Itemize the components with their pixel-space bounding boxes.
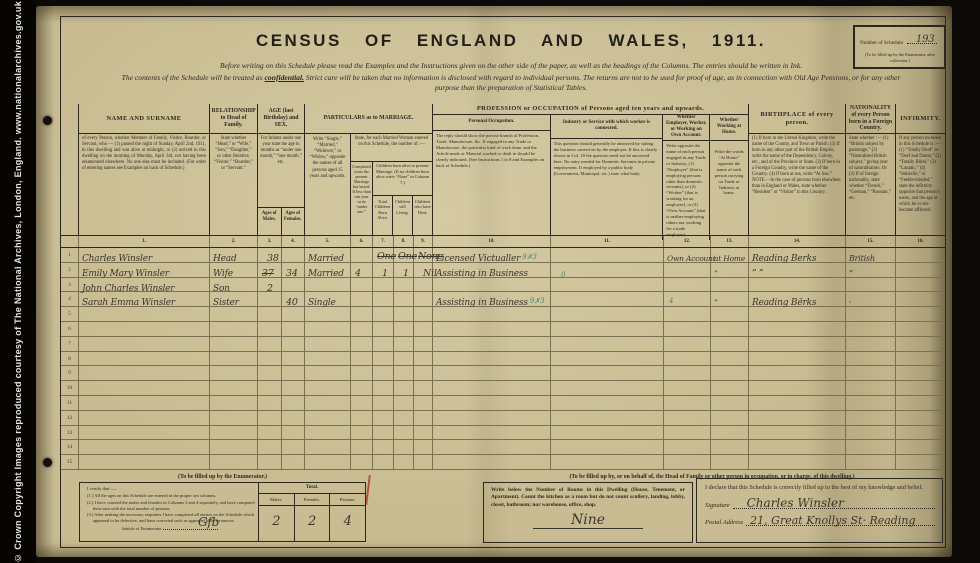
header-birthplace: BIRTHPLACE of every person. (1) If born …: [749, 104, 846, 235]
birthplace-entry: [749, 372, 752, 382]
children-living-label: Children still Living.: [393, 196, 413, 235]
cell-age-females: [282, 366, 305, 380]
instruction-2-pre: The contents of the Schedule will be tre…: [122, 73, 265, 82]
cell-name: [79, 307, 210, 321]
row-number: 3: [61, 278, 79, 292]
totals-title: Total.: [259, 483, 365, 494]
name-entry: [79, 343, 82, 353]
cell-industry: [551, 455, 664, 469]
children-born-entry: 1: [378, 268, 388, 279]
children-born-entry: [378, 371, 382, 382]
cell-occupation: [433, 381, 551, 395]
header-row-number-col: [61, 104, 79, 235]
colnum-9: 9.: [414, 236, 433, 247]
cell-occupation: [433, 366, 551, 380]
relationship-entry: [210, 417, 213, 427]
age-females-entry: [282, 327, 286, 338]
cell-children-died: [414, 352, 433, 366]
at-home-desc: Write the words “At Home” opposite the n…: [710, 141, 748, 241]
age-males-entry: [263, 431, 267, 442]
years-married-entry: [351, 312, 355, 323]
age-males-entry: [263, 312, 267, 323]
age-females-entry: [282, 312, 286, 323]
colnum-16: 16.: [896, 236, 945, 247]
cell-age-females: [282, 278, 305, 292]
table-row: 1 Charles Winsler Head 38 Married One On…: [61, 248, 945, 263]
archive-copyright-strip: © Crown Copyright Images reproduced cour…: [0, 0, 36, 563]
cell-infirmity: [896, 396, 945, 410]
relationship-entry: [210, 387, 213, 397]
children-born-entry: [378, 297, 382, 308]
employer-head: Whether Employer, Worker, or Working on …: [663, 115, 709, 141]
cell-employer: [664, 396, 711, 410]
cell-marriage: [305, 396, 351, 410]
cell-birthplace: [749, 307, 846, 321]
age-males-entry: [263, 401, 267, 412]
cell-marriage: [305, 352, 351, 366]
header-age: AGE (last Birthday) and SEX. For Infants…: [258, 104, 305, 235]
relationship-entry: [210, 446, 213, 456]
cell-name: Charles Winsler: [79, 248, 210, 262]
industry-desc: This question should generally be answer…: [551, 139, 663, 241]
cell-years-married: [351, 366, 373, 380]
cell-occupation: [433, 337, 551, 351]
name-entry: [79, 313, 82, 323]
ages-of-females-label: Ages of Females.: [282, 208, 305, 235]
marriage-entry: [305, 372, 308, 382]
cell-relationship: [210, 366, 258, 380]
name-entry: [79, 358, 82, 368]
children-born-entry: [378, 312, 382, 323]
punch-hole-top: [43, 116, 52, 125]
cell-employer: [664, 411, 711, 425]
cell-occupation: [433, 322, 551, 336]
age-males-entry: [263, 460, 267, 471]
cell-nationality: [846, 440, 896, 454]
cell-birthplace: [749, 352, 846, 366]
column-number-row: 1. 2. 3. 4. 5. 6. 7. 8. 9. 10. 11. 12. 1…: [61, 236, 945, 248]
employer-code-annotation: 4: [667, 297, 673, 305]
cell-nationality: [846, 322, 896, 336]
cell-children-living: [394, 396, 414, 410]
cell-infirmity: [896, 263, 945, 277]
age-title: AGE (last Birthday) and SEX.: [258, 104, 304, 134]
cell-age-females: [282, 322, 305, 336]
cell-employer: [664, 440, 711, 454]
cell-infirmity: [896, 381, 945, 395]
birthplace-entry: [749, 358, 752, 368]
cell-at-home: [711, 337, 749, 351]
cell-name: John Charles Winsler: [79, 278, 210, 292]
cell-nationality: ·: [846, 292, 896, 306]
age-females-entry: [282, 401, 286, 412]
table-row: 12: [61, 411, 945, 426]
children-born-entry: [378, 327, 382, 338]
cell-industry: [551, 337, 664, 351]
cell-children-living: [394, 352, 414, 366]
children-died-entry: [419, 460, 423, 471]
cell-infirmity: [896, 307, 945, 321]
cell-name: [79, 352, 210, 366]
children-died-entry: [419, 357, 423, 368]
years-married-entry: [351, 253, 355, 264]
cell-industry: 0: [551, 263, 664, 277]
children-head: Children born alive to present Marriage.…: [373, 162, 432, 196]
birthplace-entry: Reading Bërks: [749, 298, 816, 308]
nationality-entry: [846, 343, 849, 352]
children-died-label: Children who have Died.: [413, 196, 432, 235]
name-entry: [79, 446, 82, 456]
cell-nationality: [846, 455, 896, 469]
children-living-entry: [399, 327, 403, 338]
children-born-entry: [378, 357, 382, 368]
cell-birthplace: Reading Berks: [749, 248, 846, 262]
cell-relationship: [210, 426, 258, 440]
certify-item-3: (3.) After making the necessary enquirie…: [85, 512, 255, 524]
industry-code-annotation: [551, 374, 561, 382]
birthplace-entry: [749, 313, 752, 323]
at-home-entry: [711, 284, 714, 293]
children-living-entry: [399, 416, 403, 427]
birthplace-entry: [749, 284, 752, 294]
children-died-entry: [419, 431, 423, 442]
cell-nationality: [846, 352, 896, 366]
certify-intro: I certify that :—: [85, 486, 255, 492]
age-females-entry: [282, 283, 286, 294]
cell-children-living: [394, 366, 414, 380]
industry-code-annotation: [551, 300, 561, 308]
at-home-entry: [711, 446, 714, 455]
instruction-line-1: Before writing on this Schedule please r…: [121, 61, 901, 70]
cell-children-born: [373, 307, 394, 321]
cell-marriage: [305, 278, 351, 292]
table-row: 3 John Charles Winsler Son 2: [61, 278, 945, 293]
industry-code-annotation: [551, 434, 561, 442]
age-males-entry: [263, 445, 267, 456]
cell-children-died: [414, 440, 433, 454]
cell-at-home: ”: [711, 263, 749, 277]
cell-employer: [664, 307, 711, 321]
children-died-entry: [419, 386, 423, 397]
cell-age-females: 34: [282, 263, 305, 277]
relationship-entry: [210, 328, 213, 338]
employer-code-annotation: [667, 386, 669, 394]
row-number: 10: [61, 381, 79, 395]
children-died-entry: [419, 371, 423, 382]
rooms-box: Write below the Number of Rooms in this …: [483, 482, 693, 543]
years-married-entry: [351, 386, 355, 397]
cell-occupation: Assisting in Business: [433, 263, 551, 277]
age-females-entry: 34: [282, 268, 298, 279]
cell-age-females: [282, 352, 305, 366]
occupation-code-annotation: [436, 416, 438, 424]
marriage-entry: [305, 343, 308, 353]
marriage-entry: [305, 446, 308, 456]
cell-nationality: [846, 307, 896, 321]
occupation-code-annotation: [436, 386, 438, 394]
birthplace-entry: Reading Berks: [749, 254, 816, 264]
cell-children-born: 1: [373, 263, 394, 277]
relationship-entry: [210, 358, 213, 368]
children-died-entry: [419, 283, 423, 294]
totals-males-value: 2: [272, 514, 280, 529]
birthplace-entry: [749, 446, 752, 456]
nationality-entry: ·: [846, 298, 851, 307]
cell-at-home: [711, 455, 749, 469]
occupation-code-annotation: [436, 312, 438, 320]
cell-children-living: [394, 322, 414, 336]
marriage-entry: [305, 402, 308, 412]
children-born-entry: [378, 401, 382, 412]
colnum-10: 10.: [433, 236, 551, 247]
employer-code-annotation: [667, 401, 669, 409]
cell-marriage: [305, 322, 351, 336]
relationship-entry: Head: [210, 254, 237, 264]
at-home-entry: ”: [711, 269, 718, 278]
profession-title: PROFESSION or OCCUPATION of Persons aged…: [433, 104, 748, 115]
cell-age-males: [258, 426, 282, 440]
age-males-struck: 37: [258, 268, 275, 279]
age-desc: For Infants under one year state the age…: [258, 134, 304, 207]
rooms-value: Nine: [533, 512, 643, 529]
name-entry: [79, 372, 82, 382]
children-born-entry: [378, 342, 382, 353]
name-entry: Charles Winsler: [79, 254, 152, 264]
cell-children-born: [373, 426, 394, 440]
cell-marriage: [305, 455, 351, 469]
nationality-entry: [846, 417, 849, 426]
at-home-entry: [711, 358, 714, 367]
children-born-entry: [378, 445, 382, 456]
name-entry: [79, 417, 82, 427]
cell-infirmity: [896, 337, 945, 351]
nationality-entry: [846, 432, 849, 441]
marriage-entry: [305, 358, 308, 368]
children-died-entry: [419, 445, 423, 456]
cell-relationship: [210, 396, 258, 410]
age-males-entry: [263, 371, 267, 382]
relationship-desc: State whether “Head,” or “Wife,” “Son,” …: [210, 134, 257, 235]
table-body: 1 Charles Winsler Head 38 Married One On…: [61, 248, 945, 470]
at-home-entry: ”: [711, 298, 718, 307]
census-table: NAME AND SURNAME of every Person, whethe…: [61, 104, 945, 470]
cell-children-died: [414, 366, 433, 380]
occupation-entry: Assisting in Business: [433, 269, 528, 279]
row-number: 6: [61, 322, 79, 336]
cell-marriage: Married: [305, 263, 351, 277]
nationality-entry: ”: [846, 269, 853, 278]
occupation-code-annotation: 9✗3: [528, 297, 545, 305]
cell-industry: [551, 440, 664, 454]
cell-relationship: [210, 455, 258, 469]
cell-at-home: [711, 352, 749, 366]
cell-industry: [551, 366, 664, 380]
cell-years-married: [351, 307, 373, 321]
cell-at-home: [711, 366, 749, 380]
employer-code-annotation: [667, 460, 669, 468]
cell-age-females: [282, 337, 305, 351]
children-died-entry: [419, 401, 423, 412]
cell-birthplace: [749, 440, 846, 454]
relationship-entry: Son: [210, 284, 230, 294]
header-name: NAME AND SURNAME of every Person, whethe…: [79, 104, 210, 235]
children-born-entry: [378, 386, 382, 397]
birthplace-entry: [749, 461, 752, 471]
industry-code-annotation: [551, 286, 561, 294]
rooms-value-line: Nine: [491, 511, 685, 529]
name-entry: Sarah Emma Winsler: [79, 298, 175, 308]
cell-children-born: [373, 292, 394, 306]
birthplace-entry: [749, 402, 752, 412]
cell-years-married: [351, 396, 373, 410]
children-living-entry: [399, 401, 403, 412]
age-females-entry: [282, 386, 286, 397]
cell-children-born: [373, 411, 394, 425]
age-males-entry: 2: [263, 283, 273, 294]
cell-relationship: Son: [210, 278, 258, 292]
at-home-entry: [711, 313, 714, 322]
cell-children-died: [414, 455, 433, 469]
cell-occupation: Assisting in Business9✗3: [433, 292, 551, 306]
cell-nationality: [846, 411, 896, 425]
children-living-entry: [399, 297, 403, 308]
cell-employer: [664, 337, 711, 351]
cell-children-died: [414, 307, 433, 321]
cell-name: Emily Mary Winsler: [79, 263, 210, 277]
cell-age-females: [282, 248, 305, 262]
row-number: 5: [61, 307, 79, 321]
years-married-entry: [351, 342, 355, 353]
cell-nationality: ”: [846, 263, 896, 277]
cell-age-males: [258, 455, 282, 469]
cell-birthplace: [749, 411, 846, 425]
children-living-entry: [399, 386, 403, 397]
children-born-entry: [378, 283, 382, 294]
colnum-4: 4.: [282, 236, 305, 247]
marriage-entry: [305, 417, 308, 427]
cell-marriage: [305, 307, 351, 321]
totals-females-value: 2: [308, 514, 316, 529]
cell-name: [79, 426, 210, 440]
colnum-13: 13.: [711, 236, 749, 247]
cell-industry: [551, 381, 664, 395]
row-number: 13: [61, 426, 79, 440]
cell-nationality: [846, 366, 896, 380]
cell-years-married: [351, 352, 373, 366]
cell-children-died: [414, 426, 433, 440]
employer-code-annotation: [667, 342, 669, 350]
page-title: CENSUS OF ENGLAND AND WALES, 1911.: [91, 31, 931, 51]
cell-children-living: [394, 411, 414, 425]
certify-item-1: (1.) All the ages on this Schedule are e…: [85, 493, 255, 499]
cell-industry: [551, 396, 664, 410]
children-living-entry: [399, 371, 403, 382]
declaration-text: I declare that this Schedule is correctl…: [705, 484, 935, 492]
cell-occupation: [433, 455, 551, 469]
relationship-title: RELATIONSHIP to Head of Family.: [210, 104, 257, 134]
totals-persons-value: 4: [344, 514, 352, 529]
employer-code-annotation: [667, 268, 669, 276]
cell-nationality: [846, 381, 896, 395]
occupation-code-annotation: [436, 357, 438, 365]
employer-entry: Own Account: [664, 254, 716, 263]
children-died-entry: [419, 416, 423, 427]
age-females-entry: [282, 460, 286, 471]
employer-desc: Write opposite the name of each person e…: [663, 141, 709, 241]
employer-code-annotation: [667, 357, 669, 365]
initials-value: Gfb: [195, 515, 219, 531]
enumerator-initials-line: Initials of Enumerator Gfb: [85, 526, 255, 532]
cell-occupation: [433, 352, 551, 366]
at-home-head: Whether Working at Home.: [710, 115, 748, 141]
years-married-entry: [351, 460, 355, 471]
colnum-15: 15.: [846, 236, 896, 247]
occupation-code-annotation: [436, 342, 438, 350]
years-married-entry: [351, 371, 355, 382]
name-entry: [79, 432, 82, 442]
cell-age-males: [258, 366, 282, 380]
employer-code-annotation: [667, 312, 669, 320]
marriage-entry: [305, 387, 308, 397]
children-living-entry: [399, 342, 403, 353]
infirmity-title: INFIRMITY.: [896, 104, 945, 134]
cell-children-born: [373, 322, 394, 336]
cell-age-females: [282, 455, 305, 469]
cell-name: [79, 381, 210, 395]
cell-occupation: [433, 411, 551, 425]
cell-birthplace: [749, 278, 846, 292]
colnum-14: 14.: [749, 236, 846, 247]
colnum-1: 1.: [79, 236, 210, 247]
nationality-entry: [846, 387, 849, 396]
postal-address-line: 21, Great Knollys St· Reading: [746, 513, 935, 526]
children-died-entry: [419, 327, 423, 338]
years-married-entry: [351, 297, 355, 308]
relationship-entry: Wife: [210, 269, 233, 279]
cell-relationship: Wife: [210, 263, 258, 277]
cell-years-married: [351, 426, 373, 440]
cell-infirmity: [896, 352, 945, 366]
cell-relationship: [210, 322, 258, 336]
cell-birthplace: [749, 396, 846, 410]
at-home-entry: at Home: [711, 254, 745, 263]
totals-persons-label: Persons.: [330, 494, 365, 505]
colnum-3: 3.: [258, 236, 282, 247]
cell-relationship: [210, 440, 258, 454]
row-number: 11: [61, 396, 79, 410]
age-males-entry: 38: [263, 253, 279, 264]
cell-name: [79, 366, 210, 380]
cell-children-died: [414, 322, 433, 336]
industry-code-annotation: [551, 360, 561, 368]
cell-at-home: [711, 278, 749, 292]
printed-form: Number of Schedule 193 (To be filled up …: [60, 16, 946, 548]
row-number: 9: [61, 366, 79, 380]
at-home-entry: [711, 328, 714, 337]
industry-head: Industry or Service with which worker is…: [551, 115, 663, 139]
table-row: 5: [61, 307, 945, 322]
table-row: 8: [61, 352, 945, 367]
nationality-entry: British: [846, 254, 875, 263]
nationality-title: NATIONALITY of every Person born in a Fo…: [846, 104, 895, 134]
cell-nationality: [846, 337, 896, 351]
cell-relationship: [210, 352, 258, 366]
cell-name: Sarah Emma Winsler: [79, 292, 210, 306]
cell-years-married: [351, 248, 373, 262]
cell-relationship: Head: [210, 248, 258, 262]
cell-infirmity: [896, 292, 945, 306]
employer-code-annotation: [667, 327, 669, 335]
